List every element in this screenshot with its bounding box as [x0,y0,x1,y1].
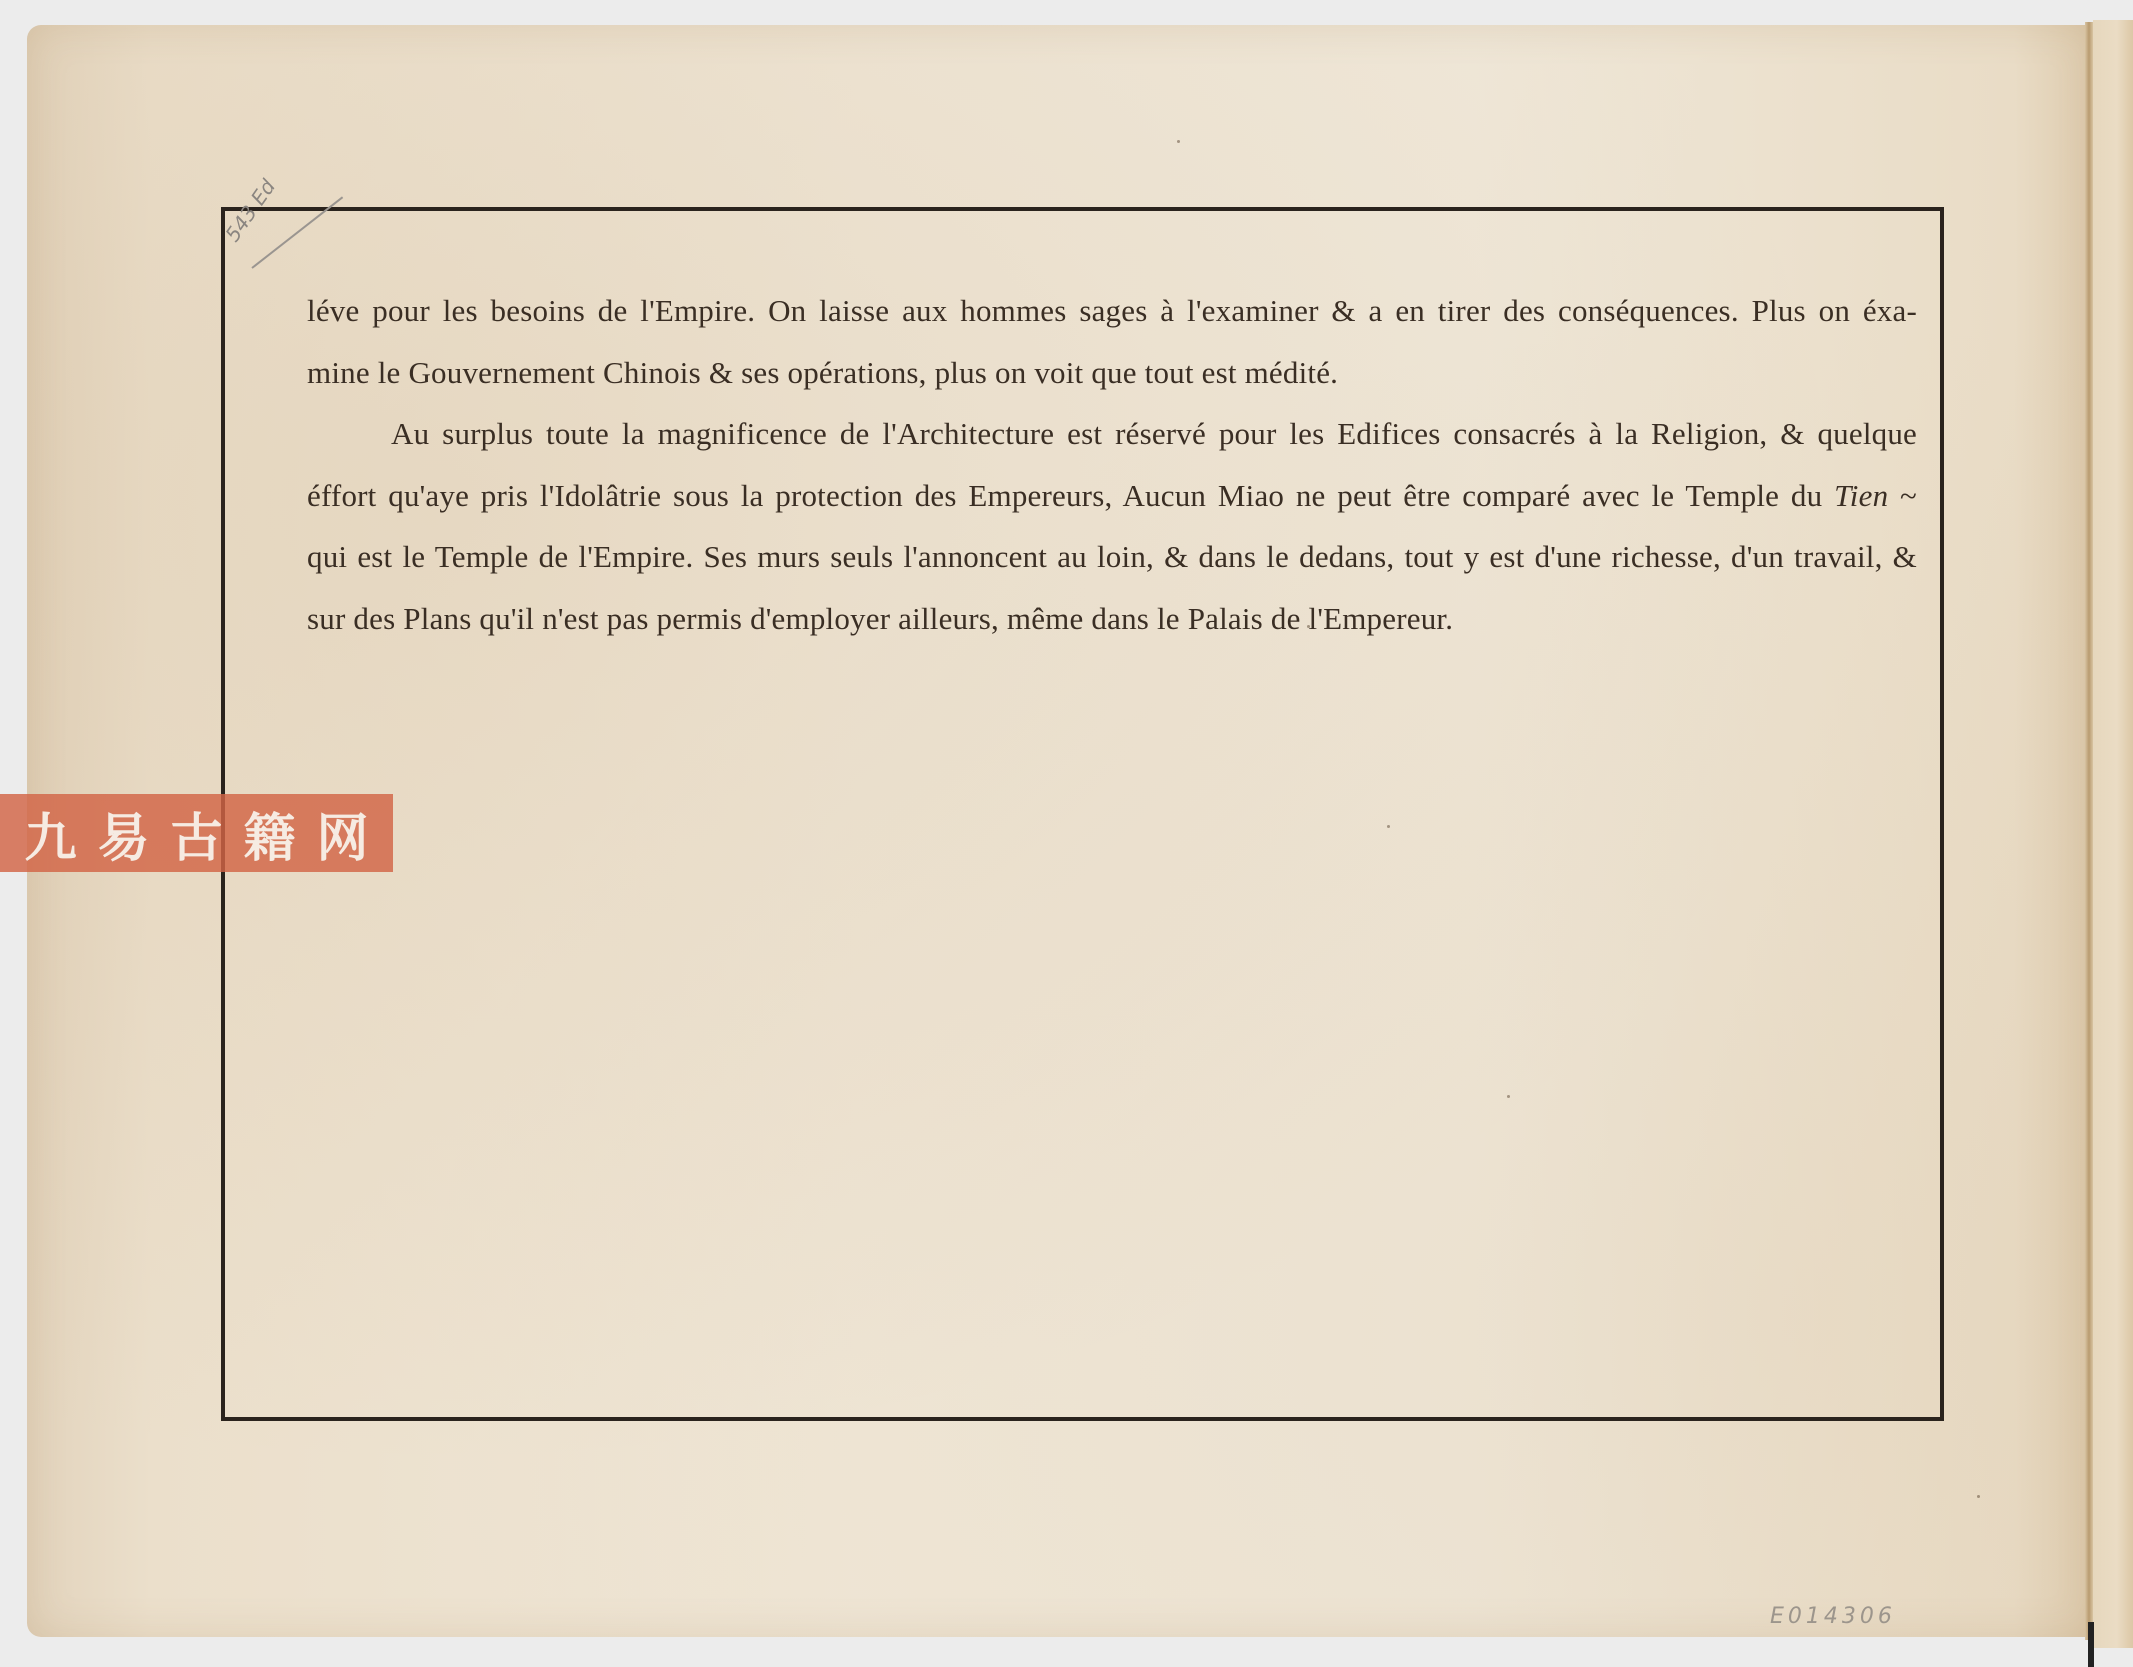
next-page-edge [2093,20,2133,1648]
watermark-char: 九 [24,796,76,871]
text-line: qui est le Temple de l'Empire. Ses murs … [307,526,1917,588]
text-line: Au surplus toute la magnificence de l'Ar… [307,403,1917,465]
scan-viewport: 543 Ed léve pour les besoins de l'Empire… [0,0,2133,1667]
page-fold [2085,22,2093,1640]
binding-shadow [2088,1622,2094,1667]
text-line: mine le Gouvernement Chinois & ses opéra… [307,342,1917,404]
site-watermark: 九 易 古 籍 网 [0,794,393,872]
paper-speck [1977,1495,1980,1498]
italic-term: Tien [1834,478,1888,513]
text-line: sur des Plans qu'il n'est pas permis d'e… [307,588,1917,650]
paragraph-2: Au surplus toute la magnificence de l'Ar… [307,403,1917,649]
text-line: éffort qu'aye pris l'Idolâtrie sous la p… [307,465,1917,527]
watermark-char: 古 [170,796,222,871]
watermark-char: 籍 [243,796,295,871]
inventory-number: E014306 [1770,1604,1896,1629]
manuscript-text: léve pour les besoins de l'Empire. On la… [307,280,1917,649]
text-line: léve pour les besoins de l'Empire. On la… [307,280,1917,342]
watermark-char: 易 [97,796,149,871]
watermark-char: 网 [316,796,368,871]
paper-speck [1177,140,1180,143]
paragraph-1: léve pour les besoins de l'Empire. On la… [307,280,1917,403]
